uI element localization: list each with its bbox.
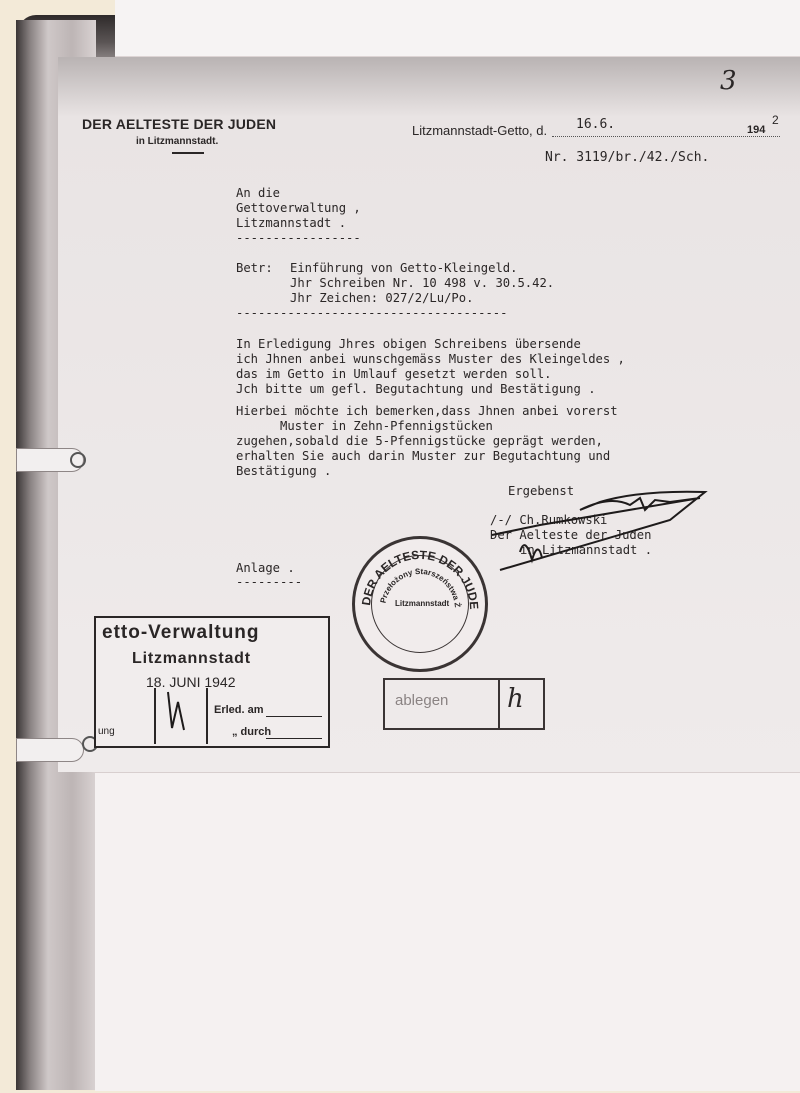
body-p1-line-2: ich Jhnen anbei wunschgemäss Muster des … — [236, 352, 625, 367]
body-p2-line-4: erhalten Sie auch darin Muster zur Begut… — [236, 449, 610, 464]
letterhead-subtitle: in Litzmannstadt. — [136, 136, 218, 147]
received-stamp: etto-Verwaltung Litzmannstadt 18. JUNI 1… — [94, 616, 330, 748]
archive-page-number: 3 — [720, 66, 737, 96]
subject-rule: ------------------------------------- — [236, 306, 508, 321]
dateline-year-prefix: 194 — [747, 124, 765, 136]
binder-tie-lower — [16, 738, 84, 762]
body-p2-line-2: Muster in Zehn-Pfennigstücken — [236, 419, 493, 434]
enclosure-label: Anlage . — [236, 561, 295, 576]
letterhead-title: DER AELTESTE DER JUDEN — [82, 116, 276, 132]
reference-number: Nr. 3119/br./42./Sch. — [545, 150, 709, 165]
dateline-place: Litzmannstadt-Getto, d. — [412, 123, 547, 138]
filing-stamp-initial: h — [507, 684, 524, 714]
body-p2-line-1: Hierbei möchte ich bemerken,dass Jhnen a… — [236, 404, 618, 419]
subject-ref-letter: Jhr Schreiben Nr. 10 498 v. 30.5.42. — [290, 276, 554, 291]
stamp-field-by: „ durch — [232, 726, 271, 738]
body-p1-line-4: Jch bitte um gefl. Begutachtung und Best… — [236, 382, 596, 397]
dateline-date: 16.6. — [576, 117, 615, 132]
body-p1-line-1: In Erledigung Jhres obigen Schreibens üb… — [236, 337, 581, 352]
subject-label: Betr: — [236, 261, 273, 276]
subject-text: Einführung von Getto-Kleingeld. — [290, 261, 517, 276]
body-p2-line-3: zugehen,sobald die 5-Pfennigstücke geprä… — [236, 434, 603, 449]
stamp-field-by-line — [266, 738, 322, 739]
seal-center-text: Litzmannstadt — [395, 599, 449, 608]
stamp-fragment: ung — [98, 726, 115, 737]
enclosure-rule: --------- — [236, 575, 302, 590]
subject-ref-sign: Jhr Zeichen: 027/2/Lu/Po. — [290, 291, 473, 306]
eyelet-upper — [70, 452, 86, 468]
stamp-office-name: etto-Verwaltung — [102, 622, 260, 644]
letterhead-rule — [172, 152, 204, 154]
stamp-field-done-on: Erled. am — [214, 704, 264, 716]
stamp-divider-1 — [154, 688, 156, 744]
recipient-line-3: Litzmannstadt . — [236, 216, 346, 231]
underlying-blank-sheet — [95, 772, 800, 1091]
handwritten-signature — [480, 480, 720, 580]
recipient-line-1: An die — [236, 186, 280, 201]
body-p2-line-5: Bestätigung . — [236, 464, 331, 479]
stamp-divider-2 — [206, 688, 208, 744]
filing-stamp-label: ablegen — [395, 692, 448, 709]
official-round-seal: DER AELTESTE DER JUDEN in Litzmannstadt … — [352, 536, 488, 672]
stamp-field-done-on-line — [266, 716, 322, 717]
filing-stamp: ablegen h — [383, 678, 545, 730]
overlapping-sheet-top — [115, 0, 800, 57]
dateline-dotted-line — [552, 136, 780, 137]
recipient-line-2: Gettoverwaltung , — [236, 201, 361, 216]
stamp-city: Litzmannstadt — [132, 650, 251, 668]
dateline-year-suffix: 2 — [772, 113, 779, 127]
stamp-handwritten-initial — [162, 688, 192, 738]
recipient-rule: ----------------- — [236, 231, 361, 246]
filing-stamp-divider — [498, 680, 500, 728]
body-p1-line-3: das im Getto in Umlauf gesetzt werden so… — [236, 367, 552, 382]
